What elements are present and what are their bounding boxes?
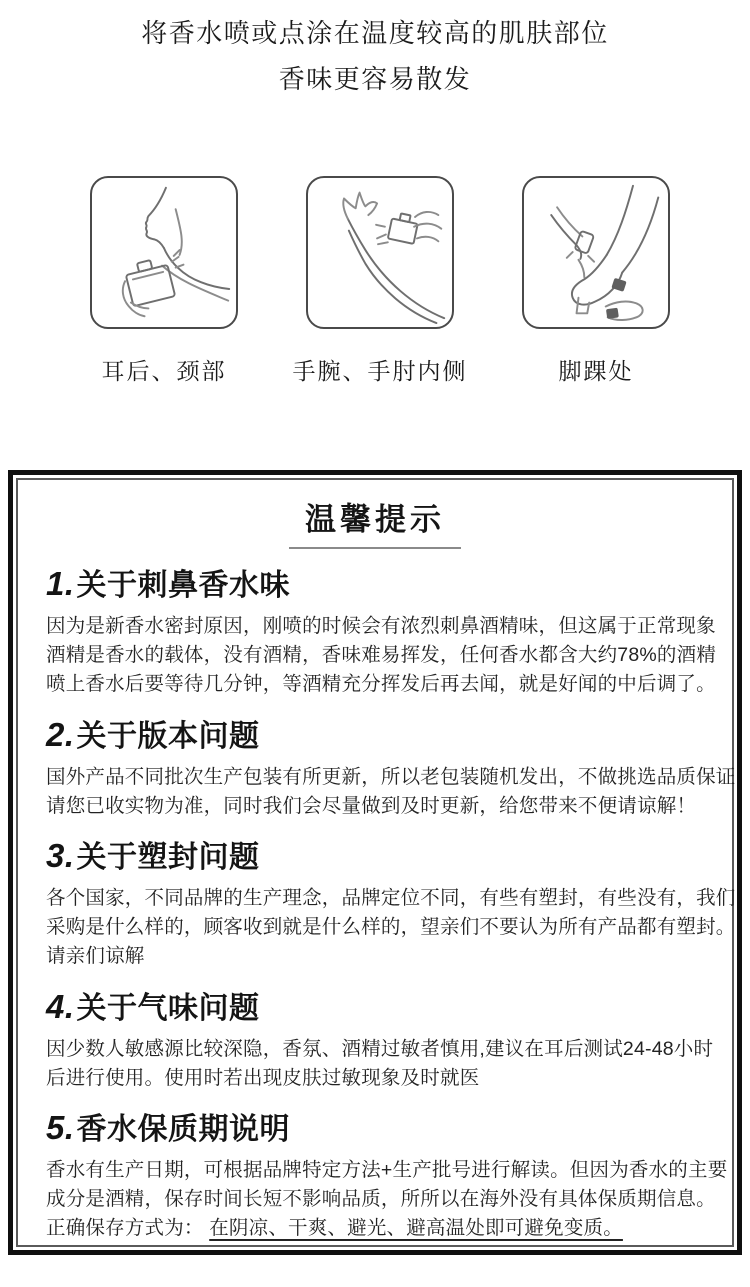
- body-line: 喷上香水后要等待几分钟，等酒精充分挥发后再去闻，就是好闻的中后调了。: [46, 670, 704, 699]
- tips-section-2-heading-text: 关于版本问题: [77, 720, 260, 753]
- tips-section-5: 5.香水保质期说明 香水有生产日期，可根据品牌特定方法+生产批号进行解读。但因为…: [46, 1106, 704, 1244]
- storage-advice-line: 正确保存方式为： 在阴凉、干爽、避光、避高温处即可避免变质。: [46, 1214, 704, 1243]
- body-line: 请亲们谅解: [46, 942, 704, 971]
- tips-section-5-heading: 5.香水保质期说明: [46, 1106, 704, 1152]
- tips-section-1-body: 因为是新香水密封原因，刚喷的时候会有浓烈刺鼻酒精味，但这属于正常现象 酒精是香水…: [46, 612, 704, 700]
- body-line: 采购是什么样的，顾客收到就是什么样的，望亲们不要认为所有产品都有塑封。: [46, 913, 704, 942]
- tips-section-1-number: 1.: [46, 565, 75, 602]
- body-line: 酒精是香水的载体，没有酒精，香味难易挥发，任何香水都含大约78%的酒精: [46, 641, 704, 670]
- product-description-page: 将香水喷或点涂在温度较高的肌肤部位 香味更容易散发: [0, 0, 750, 1287]
- body-line: 香水有生产日期，可根据品牌特定方法+生产批号进行解读。但因为香水的主要: [46, 1156, 704, 1185]
- body-line: 后进行使用。使用时若出现皮肤过敏现象及时就医: [46, 1064, 704, 1093]
- body-line: 请您已收实物为准，同时我们会尽量做到及时更新，给您带来不便请谅解！: [46, 792, 704, 821]
- body-line: 成分是酒精，保存时间长短不影响品质，所所以在海外没有具体保质期信息。: [46, 1185, 704, 1214]
- storage-advice-prefix: 正确保存方式为：: [46, 1217, 209, 1239]
- tips-section-1: 1.关于刺鼻香水味 因为是新香水密封原因，刚喷的时候会有浓烈刺鼻酒精味，但这属于…: [46, 562, 704, 700]
- tips-section-5-heading-text: 香水保质期说明: [77, 1113, 291, 1146]
- spot-label-ear-neck: 耳后、颈部: [102, 353, 227, 386]
- tips-section-4-heading: 4.关于气味问题: [46, 985, 704, 1031]
- tips-section-2: 2.关于版本问题 国外产品不同批次生产包装有所更新，所以老包装随机发出，不做挑选…: [46, 713, 704, 821]
- tips-title: 温馨提示: [289, 494, 461, 549]
- tips-section-3: 3.关于塑封问题 各个国家，不同品牌的生产理念，品牌定位不同，有些有塑封，有些没…: [46, 834, 704, 972]
- body-line: 因少数人敏感源比较深隐，香氛、酒精过敏者慎用,建议在耳后测试24-48小时: [46, 1035, 704, 1064]
- tips-section-1-heading-text: 关于刺鼻香水味: [77, 569, 291, 602]
- tips-section-2-body: 国外产品不同批次生产包装有所更新，所以老包装随机发出，不做挑选品质保证 请您已收…: [46, 763, 704, 821]
- ear-neck-illustration-icon: [90, 176, 238, 329]
- tips-section-2-heading: 2.关于版本问题: [46, 713, 704, 759]
- body-line: 国外产品不同批次生产包装有所更新，所以老包装随机发出，不做挑选品质保证: [46, 763, 704, 792]
- tips-section-3-body: 各个国家，不同品牌的生产理念，品牌定位不同，有些有塑封，有些没有，我们 采购是什…: [46, 884, 704, 972]
- tips-section-5-number: 5.: [46, 1109, 75, 1146]
- tips-section-3-number: 3.: [46, 837, 75, 874]
- body-line: 各个国家，不同品牌的生产理念，品牌定位不同，有些有塑封，有些没有，我们: [46, 884, 704, 913]
- warm-tips-box: 温馨提示 1.关于刺鼻香水味 因为是新香水密封原因，刚喷的时候会有浓烈刺鼻酒精味…: [8, 470, 742, 1255]
- application-spots-row: 耳后、颈部 手腕、手肘内侧: [90, 176, 670, 386]
- ankle-illustration-icon: [522, 176, 670, 329]
- storage-advice-underlined: 在阴凉、干爽、避光、避高温处即可避免变质。: [209, 1217, 623, 1239]
- application-spot-ankle: 脚踝处: [522, 176, 670, 386]
- tips-section-3-heading-text: 关于塑封问题: [77, 841, 260, 874]
- application-spot-wrist-elbow: 手腕、手肘内侧: [306, 176, 454, 386]
- tips-section-5-body: 香水有生产日期，可根据品牌特定方法+生产批号进行解读。但因为香水的主要 成分是酒…: [46, 1156, 704, 1244]
- wrist-elbow-illustration-icon: [306, 176, 454, 329]
- tips-section-1-heading: 1.关于刺鼻香水味: [46, 562, 704, 608]
- spot-label-ankle: 脚踝处: [559, 353, 634, 386]
- warm-tips-box-inner: 温馨提示 1.关于刺鼻香水味 因为是新香水密封原因，刚喷的时候会有浓烈刺鼻酒精味…: [16, 478, 734, 1247]
- tips-section-4: 4.关于气味问题 因少数人敏感源比较深隐，香氛、酒精过敏者慎用,建议在耳后测试2…: [46, 985, 704, 1093]
- tips-section-4-body: 因少数人敏感源比较深隐，香氛、酒精过敏者慎用,建议在耳后测试24-48小时 后进…: [46, 1035, 704, 1093]
- tips-section-4-number: 4.: [46, 988, 75, 1025]
- headline-line2: 香味更容易散发: [0, 60, 750, 98]
- application-spot-ear-neck: 耳后、颈部: [90, 176, 238, 386]
- tips-section-3-heading: 3.关于塑封问题: [46, 834, 704, 880]
- headline-line1: 将香水喷或点涂在温度较高的肌肤部位: [0, 0, 750, 52]
- tips-section-2-number: 2.: [46, 716, 75, 753]
- spot-label-wrist-elbow: 手腕、手肘内侧: [293, 353, 468, 386]
- tips-section-4-heading-text: 关于气味问题: [77, 992, 260, 1025]
- body-line: 因为是新香水密封原因，刚喷的时候会有浓烈刺鼻酒精味，但这属于正常现象: [46, 612, 704, 641]
